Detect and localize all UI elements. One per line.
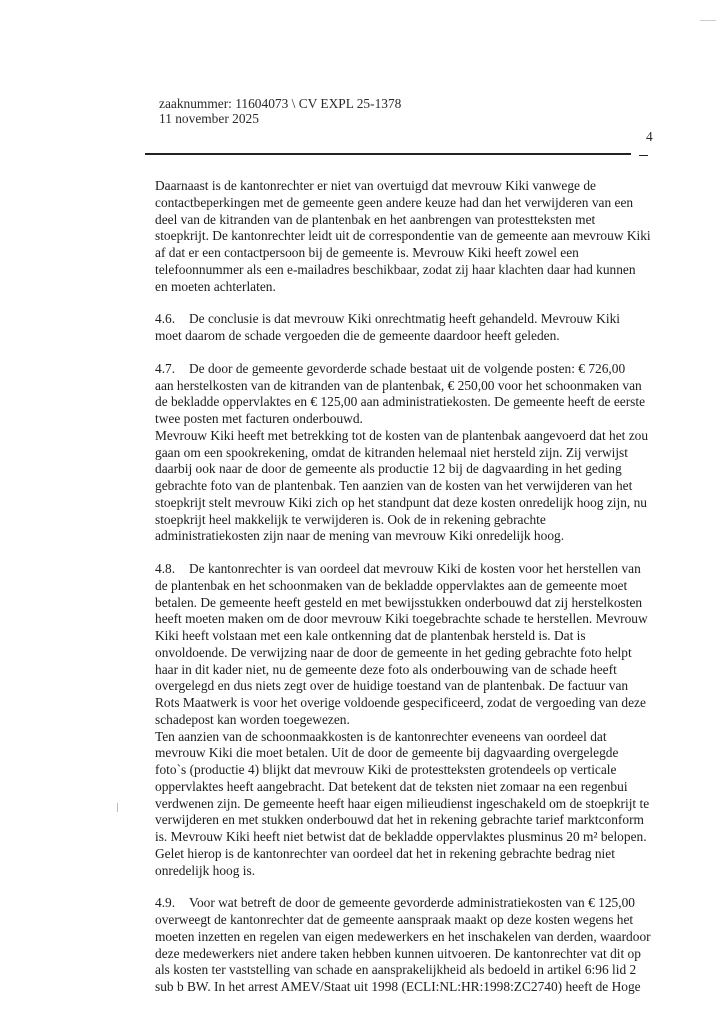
line-text: Voor wat betreft de door de gemeente gev… <box>189 895 635 910</box>
text-line: onvoldoende. De verwijzing naar de door … <box>155 645 655 662</box>
text-line: twee posten met facturen onderbouwd. <box>155 411 655 428</box>
text-line: betalen. De gemeente heeft gesteld en me… <box>155 595 655 612</box>
text-line: contactbeperkingen met de gemeente geen … <box>155 195 655 212</box>
text-line: deze medewerkers niet andere taken hebbe… <box>155 946 655 963</box>
page-number: 4 <box>646 129 653 145</box>
line-text: heeft moeten maken om de door mevrouw Ki… <box>155 611 648 626</box>
text-line: onredelijk hoog is. <box>155 863 655 880</box>
text-line: oppervlaktes heeft aangebracht. Dat bete… <box>155 779 655 796</box>
header-divider-end <box>639 155 648 156</box>
line-text: gebrachte foto van de plantenbak. Ten aa… <box>155 478 632 493</box>
text-line: telefoonnummer als een e-mailadres besch… <box>155 262 655 279</box>
text-line: mevrouw Kiki die moet betalen. Uit de do… <box>155 745 655 762</box>
line-text: verwijderen en met stukken onderbouwd da… <box>155 812 644 827</box>
text-line: aan herstelkosten van de kitranden van d… <box>155 378 655 395</box>
text-line: de bekladde oppervlaktes en € 125,00 aan… <box>155 394 655 411</box>
text-line: sub b BW. In het arrest AMEV/Staat uit 1… <box>155 979 655 996</box>
text-line: heeft moeten maken om de door mevrouw Ki… <box>155 611 655 628</box>
text-line: stoepkrijt heel makkelijk te verwijderen… <box>155 512 655 529</box>
text-line: en moeten achterlaten. <box>155 279 655 296</box>
text-line: stoepkrijt. De kantonrechter leidt uit d… <box>155 228 655 245</box>
line-text: af dat er een contactpersoon bij de geme… <box>155 245 579 260</box>
line-text: gaan om een spookrekening, omdat de kitr… <box>155 445 628 460</box>
paragraph-number: 4.7. <box>155 361 189 378</box>
text-line: Gelet hierop is de kantonrechter van oor… <box>155 846 655 863</box>
line-text: Daarnaast is de kantonrechter er niet va… <box>155 178 596 193</box>
line-text: administratiekosten zijn naar de mening … <box>155 528 564 543</box>
line-text: mevrouw Kiki die moet betalen. Uit de do… <box>155 745 618 760</box>
text-line: 4.7.De door de gemeente gevorderde schad… <box>155 361 655 378</box>
line-text: de plantenbak en het schoonmaken van de … <box>155 578 627 593</box>
line-text: de bekladde oppervlaktes en € 125,00 aan… <box>155 394 645 409</box>
scan-artifact-mark <box>700 20 716 21</box>
scan-artifact-mark <box>117 803 118 812</box>
text-line: overgelegd en dus niets zegt over de hui… <box>155 678 655 695</box>
paragraph-4-7: 4.7.De door de gemeente gevorderde schad… <box>155 361 655 545</box>
text-line: Mevrouw Kiki heeft met betrekking tot de… <box>155 428 655 445</box>
line-text: twee posten met facturen onderbouwd. <box>155 411 363 426</box>
text-line: stoepkrijt stelt mevrouw Kiki zich op he… <box>155 495 655 512</box>
text-line: gaan om een spookrekening, omdat de kitr… <box>155 445 655 462</box>
text-line: als kosten ter vaststelling van schade e… <box>155 962 655 979</box>
line-text: en moeten achterlaten. <box>155 279 276 294</box>
document-date: 11 november 2025 <box>159 111 401 126</box>
line-text: verdwenen zijn. De gemeente heeft haar e… <box>155 796 649 811</box>
line-text: Mevrouw Kiki heeft met betrekking tot de… <box>155 428 648 443</box>
line-text: schadepost kan worden toegewezen. <box>155 712 350 727</box>
line-text: sub b BW. In het arrest AMEV/Staat uit 1… <box>155 979 641 994</box>
line-text: Ten aanzien van de schoonmaakkosten is d… <box>155 729 607 744</box>
paragraph-4-8: 4.8.De kantonrechter is van oordeel dat … <box>155 561 655 879</box>
text-line: gebrachte foto van de plantenbak. Ten aa… <box>155 478 655 495</box>
text-line: Daarnaast is de kantonrechter er niet va… <box>155 178 655 195</box>
text-line: overweegt de kantonrechter dat de gemeen… <box>155 912 655 929</box>
text-line: moeten inzetten en regelen van eigen med… <box>155 929 655 946</box>
line-text: stoepkrijt heel makkelijk te verwijderen… <box>155 512 546 527</box>
text-line: is. Mevrouw Kiki heeft niet betwist dat … <box>155 829 655 846</box>
line-text: is. Mevrouw Kiki heeft niet betwist dat … <box>155 829 647 844</box>
line-text: moeten inzetten en regelen van eigen med… <box>155 929 651 944</box>
line-text: Kiki heeft volstaan met een kale ontkenn… <box>155 628 586 643</box>
text-line: verwijderen en met stukken onderbouwd da… <box>155 812 655 829</box>
line-text: stoepkrijt. De kantonrechter leidt uit d… <box>155 228 651 243</box>
line-text: onvoldoende. De verwijzing naar de door … <box>155 645 632 660</box>
line-text: als kosten ter vaststelling van schade e… <box>155 962 636 977</box>
line-text: De door de gemeente gevorderde schade be… <box>189 361 625 376</box>
line-text: Gelet hierop is de kantonrechter van oor… <box>155 846 615 861</box>
text-line: Ten aanzien van de schoonmaakkosten is d… <box>155 729 655 746</box>
line-text: Rots Maatwerk is voor het overige voldoe… <box>155 695 646 710</box>
line-text: overweegt de kantonrechter dat de gemeen… <box>155 912 633 927</box>
text-line: foto`s (productie 4) blijkt dat mevrouw … <box>155 762 655 779</box>
line-text: daarbij ook naar de door de gemeente als… <box>155 461 622 476</box>
case-number: zaaknummer: 11604073 \ CV EXPL 25-1378 <box>159 96 401 111</box>
document-header: zaaknummer: 11604073 \ CV EXPL 25-1378 1… <box>159 96 401 126</box>
line-text: foto`s (productie 4) blijkt dat mevrouw … <box>155 762 616 777</box>
line-text: contactbeperkingen met de gemeente geen … <box>155 195 633 210</box>
paragraph-number: 4.6. <box>155 311 189 328</box>
line-text: moet daarom de schade vergoeden die de g… <box>155 328 560 343</box>
line-text: aan herstelkosten van de kitranden van d… <box>155 378 642 393</box>
text-line: Kiki heeft volstaan met een kale ontkenn… <box>155 628 655 645</box>
paragraph-4-6: 4.6.De conclusie is dat mevrouw Kiki onr… <box>155 311 655 345</box>
header-divider <box>145 153 631 155</box>
document-body: Daarnaast is de kantonrechter er niet va… <box>155 178 655 1012</box>
line-text: overgelegd en dus niets zegt over de hui… <box>155 678 628 693</box>
text-line: daarbij ook naar de door de gemeente als… <box>155 461 655 478</box>
text-line: moet daarom de schade vergoeden die de g… <box>155 328 655 345</box>
text-line: verdwenen zijn. De gemeente heeft haar e… <box>155 796 655 813</box>
paragraph-continuation: Daarnaast is de kantonrechter er niet va… <box>155 178 655 295</box>
text-line: administratiekosten zijn naar de mening … <box>155 528 655 545</box>
text-line: deel van de kitranden van de plantenbak … <box>155 212 655 229</box>
line-text: stoepkrijt stelt mevrouw Kiki zich op he… <box>155 495 647 510</box>
line-text: onredelijk hoog is. <box>155 863 255 878</box>
text-line: haar in dit kader niet, nu de gemeente d… <box>155 662 655 679</box>
text-line: de plantenbak en het schoonmaken van de … <box>155 578 655 595</box>
text-line: 4.8.De kantonrechter is van oordeel dat … <box>155 561 655 578</box>
line-text: De conclusie is dat mevrouw Kiki onrecht… <box>189 311 620 326</box>
paragraph-number: 4.9. <box>155 895 189 912</box>
text-line: 4.9.Voor wat betreft de door de gemeente… <box>155 895 655 912</box>
text-line: schadepost kan worden toegewezen. <box>155 712 655 729</box>
paragraph-4-9: 4.9.Voor wat betreft de door de gemeente… <box>155 895 655 996</box>
line-text: deze medewerkers niet andere taken hebbe… <box>155 946 641 961</box>
line-text: betalen. De gemeente heeft gesteld en me… <box>155 595 642 610</box>
line-text: deel van de kitranden van de plantenbak … <box>155 212 595 227</box>
line-text: haar in dit kader niet, nu de gemeente d… <box>155 662 617 677</box>
line-text: oppervlaktes heeft aangebracht. Dat bete… <box>155 779 628 794</box>
text-line: af dat er een contactpersoon bij de geme… <box>155 245 655 262</box>
text-line: Rots Maatwerk is voor het overige voldoe… <box>155 695 655 712</box>
line-text: De kantonrechter is van oordeel dat mevr… <box>189 561 641 576</box>
paragraph-number: 4.8. <box>155 561 189 578</box>
line-text: telefoonnummer als een e-mailadres besch… <box>155 262 636 277</box>
text-line: 4.6.De conclusie is dat mevrouw Kiki onr… <box>155 311 655 328</box>
